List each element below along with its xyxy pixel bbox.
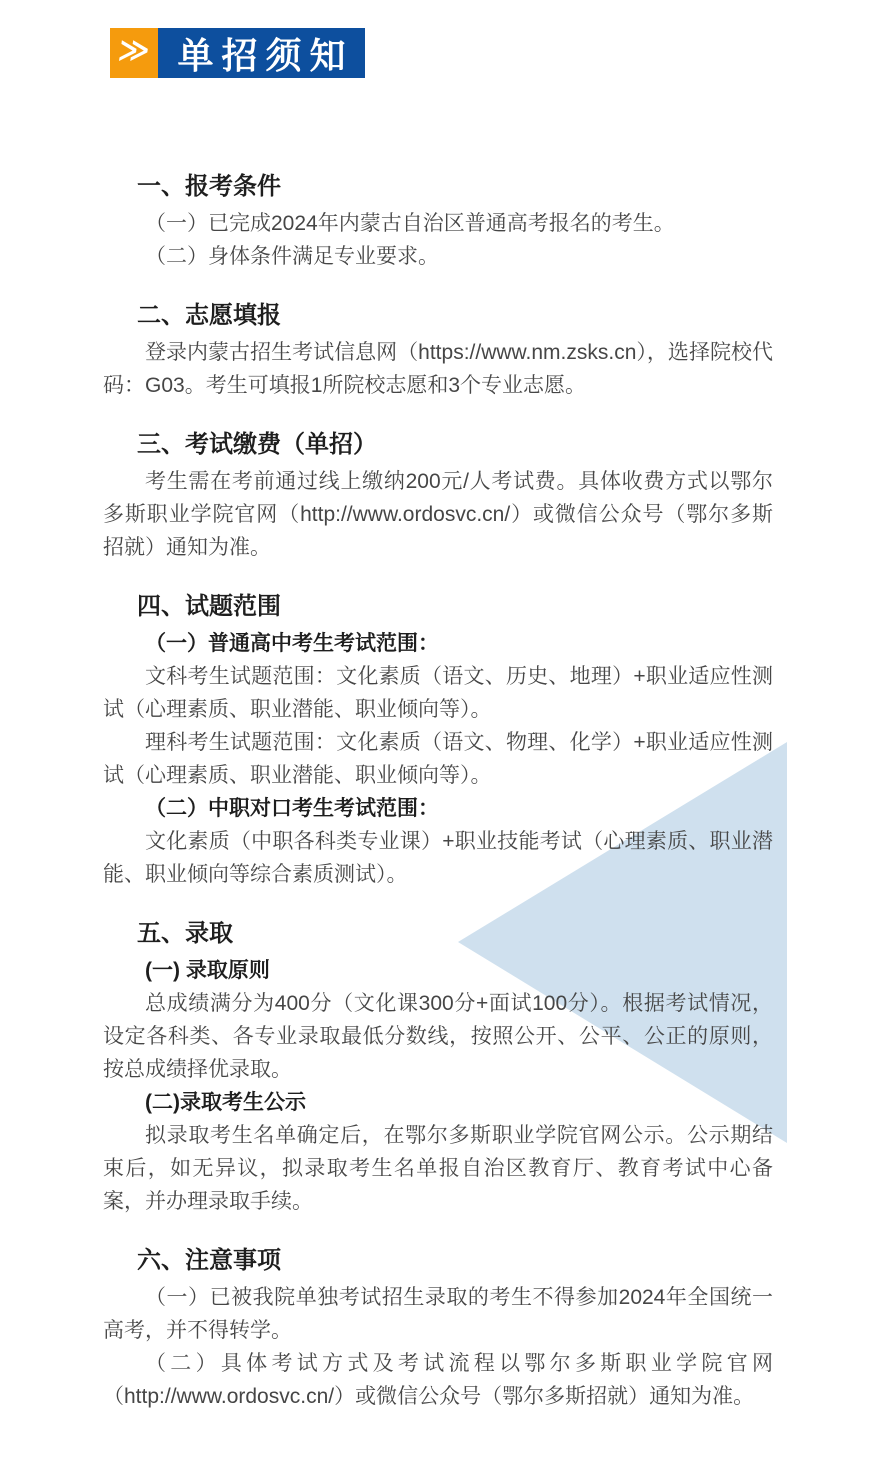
paragraph: 文化素质（中职各科类专业课）+职业技能考试（心理素质、职业潜能、职业倾向等综合素… (103, 825, 773, 891)
paragraph: 总成绩满分为400分（文化课300分+面试100分）。根据考试情况，设定各科类、… (103, 987, 773, 1086)
subheading: (一) 录取原则 (103, 954, 773, 987)
section-admission: 五、录取 (一) 录取原则 总成绩满分为400分（文化课300分+面试100分）… (103, 919, 773, 1218)
subheading: (二)录取考生公示 (103, 1086, 773, 1119)
title-banner: ≫ 单招须知 (110, 28, 365, 78)
paragraph: 理科考生试题范围：文化素质（语文、物理、化学）+职业适应性测试（心理素质、职业潜… (103, 726, 773, 792)
section-notes: 六、注意事项 （一）已被我院单独考试招生录取的考生不得参加2024年全国统一高考… (103, 1246, 773, 1413)
section-heading: 一、报考条件 (137, 172, 773, 202)
subheading: （二）中职对口考生考试范围： (103, 792, 773, 825)
section-heading: 三、考试缴费（单招） (137, 430, 773, 460)
paragraph: （一）已完成2024年内蒙古自治区普通高考报名的考生。 (103, 207, 773, 240)
paragraph: 拟录取考生名单确定后，在鄂尔多斯职业学院官网公示。公示期结束后，如无异议，拟录取… (103, 1119, 773, 1218)
subheading: （一）普通高中考生考试范围： (103, 627, 773, 660)
paragraph: （二）身体条件满足专业要求。 (103, 240, 773, 273)
paragraph: 考生需在考前通过线上缴纳200元/人考试费。具体收费方式以鄂尔多斯职业学院官网（… (103, 465, 773, 564)
section-eligibility: 一、报考条件 （一）已完成2024年内蒙古自治区普通高考报名的考生。 （二）身体… (103, 172, 773, 273)
section-payment: 三、考试缴费（单招） 考生需在考前通过线上缴纳200元/人考试费。具体收费方式以… (103, 430, 773, 564)
section-application: 二、志愿填报 登录内蒙古招生考试信息网（https://www.nm.zsks.… (103, 301, 773, 402)
paragraph: （二）具体考试方式及考试流程以鄂尔多斯职业学院官网（http://www.ord… (103, 1347, 773, 1413)
notice-body: 一、报考条件 （一）已完成2024年内蒙古自治区普通高考报名的考生。 （二）身体… (0, 0, 877, 1413)
paragraph: 登录内蒙古招生考试信息网（https://www.nm.zsks.cn），选择院… (103, 336, 773, 402)
section-heading: 四、试题范围 (137, 592, 773, 622)
chevron-glyph: ≫ (116, 36, 152, 70)
section-heading: 二、志愿填报 (137, 301, 773, 331)
section-heading: 六、注意事项 (137, 1246, 773, 1276)
section-heading: 五、录取 (137, 919, 773, 949)
chevron-icon: ≫ (110, 28, 158, 78)
section-exam-scope: 四、试题范围 （一）普通高中考生考试范围： 文科考生试题范围：文化素质（语文、历… (103, 592, 773, 891)
paragraph: （一）已被我院单独考试招生录取的考生不得参加2024年全国统一高考，并不得转学。 (103, 1281, 773, 1347)
notice-page: ≫ 单招须知 一、报考条件 （一）已完成2024年内蒙古自治区普通高考报名的考生… (0, 0, 877, 1467)
paragraph: 文科考生试题范围：文化素质（语文、历史、地理）+职业适应性测试（心理素质、职业潜… (103, 660, 773, 726)
page-title: 单招须知 (158, 28, 365, 78)
